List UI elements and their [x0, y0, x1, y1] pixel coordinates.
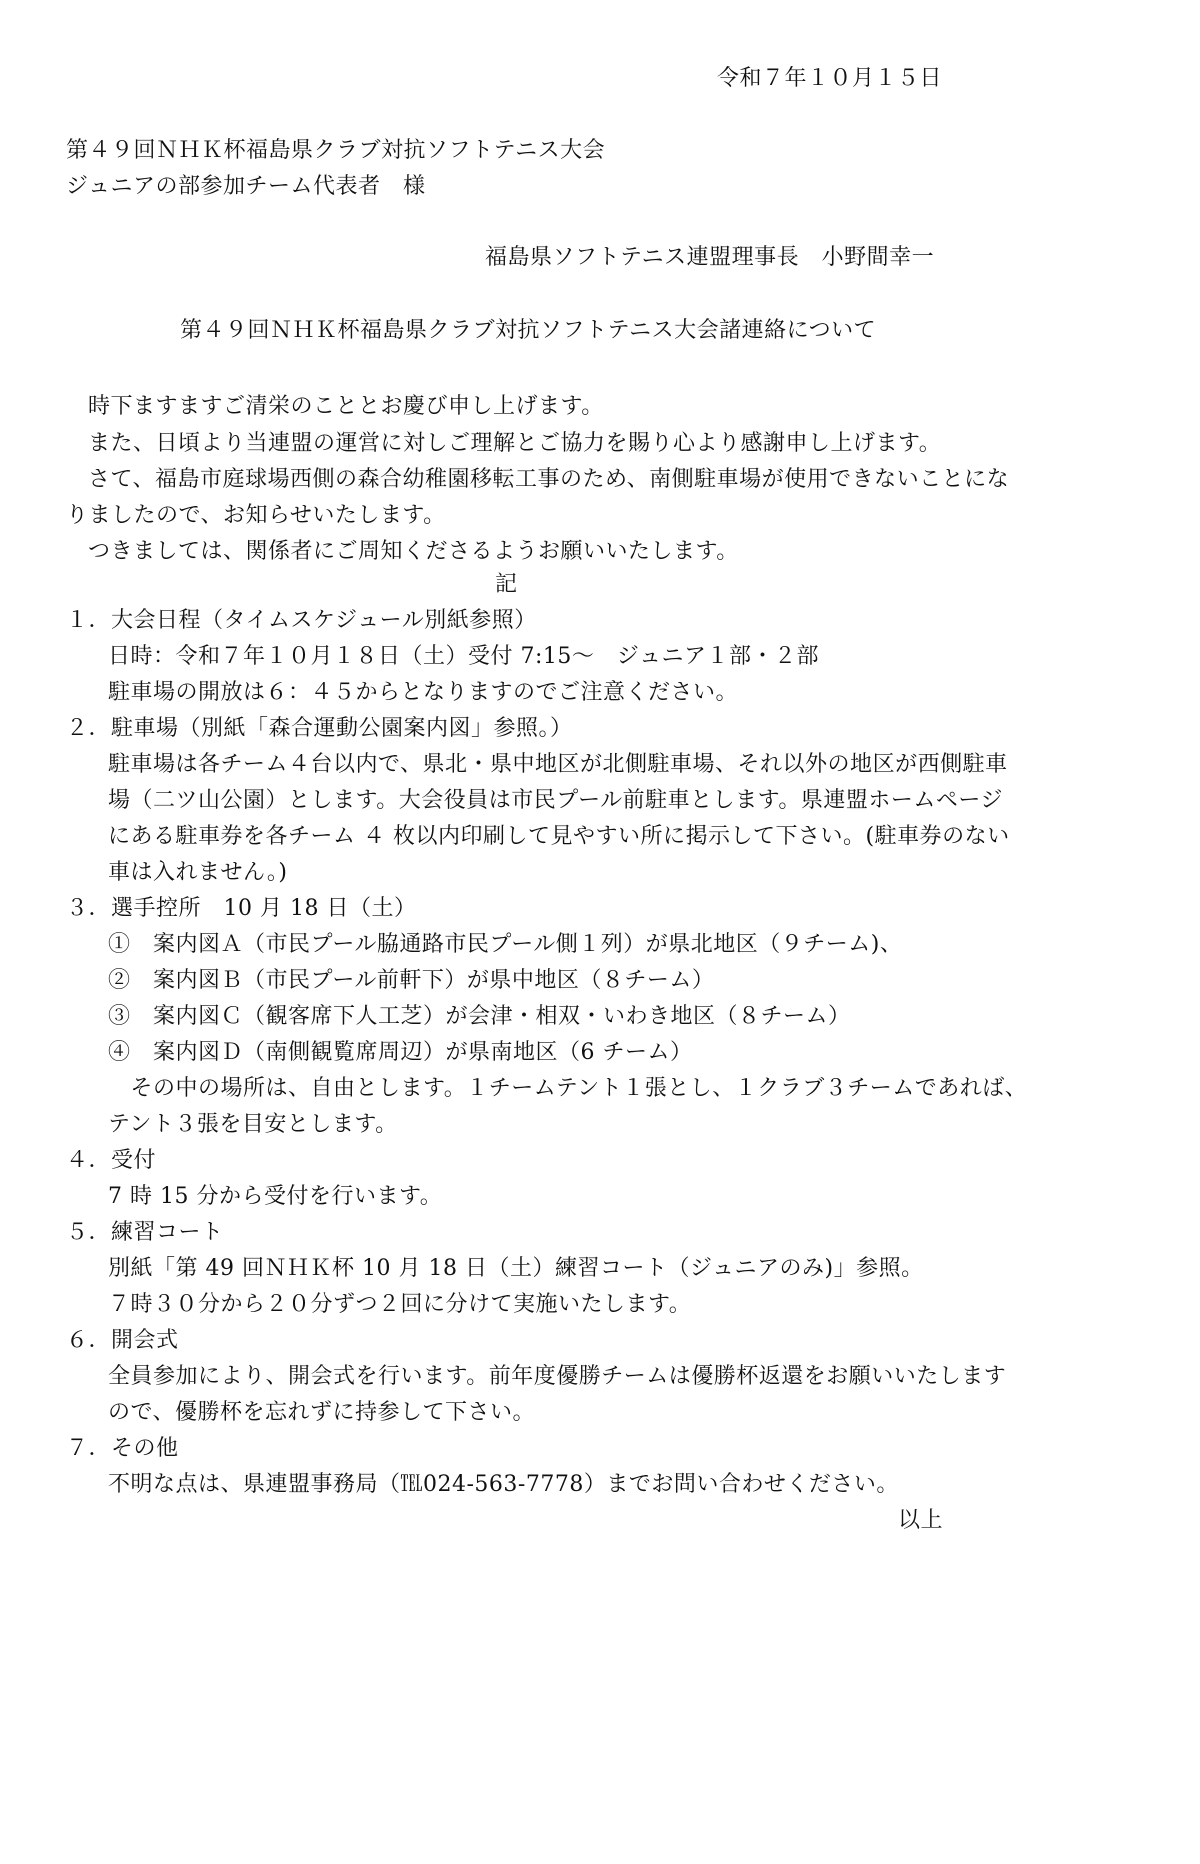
addressee-line-2: ジュニアの部参加チーム代表者 様	[66, 172, 426, 202]
section-line: 不明な点は、県連盟事務局（℡024-563-7778）までお問い合わせください。	[108, 1470, 899, 1500]
section-heading: １．大会日程（タイムスケジュール別紙参照）	[66, 606, 537, 636]
section-heading: ５．練習コート	[66, 1218, 224, 1248]
intro-line: りましたので、お知らせいたします。	[66, 501, 446, 531]
section-line: 駐車場の開放は６：４５からとなりますのでご注意ください。	[108, 678, 738, 708]
section-line: 車は入れません。)	[108, 858, 287, 888]
closing: 以上	[898, 1506, 943, 1536]
section-heading: ３．選手控所 10 月 18 日（土）	[66, 894, 416, 924]
section-line: ① 案内図Ａ（市民プール脇通路市民プール側１列）が県北地区（９チーム)、	[108, 930, 902, 960]
intro-line: さて、福島市庭球場西側の森合幼稚園移転工事のため、南側駐車場が使用できないことに…	[88, 465, 1009, 495]
section-heading: ４．受付	[66, 1146, 156, 1176]
document-title: 第４９回ＮＨＫ杯福島県クラブ対抗ソフトテニス大会諸連絡について	[180, 316, 876, 346]
intro-line: また、日頃より当連盟の運営に対しご理解とご協力を賜り心より感謝申し上げます。	[88, 429, 941, 459]
section-line: 7 時 15 分から受付を行います。	[108, 1182, 442, 1212]
section-line: 日時：令和７年１０月１８日（土）受付 7:15～ ジュニア１部・２部	[108, 642, 819, 672]
section-heading: ２．駐車場（別紙「森合運動公園案内図」参照。）	[66, 714, 573, 744]
intro-line: 時下ますますご清栄のこととお慶び申し上げます。	[88, 392, 604, 422]
document-date: 令和７年１０月１５日	[717, 64, 942, 94]
section-line: テント３張を目安とします。	[108, 1110, 398, 1140]
section-line: 場（二ツ山公園）とします。大会役員は市民プール前駐車とします。県連盟ホームページ	[108, 786, 1003, 816]
section-line: ので、優勝杯を忘れずに持参して下さい。	[108, 1398, 535, 1428]
intro-line: つきましては、関係者にご周知くださるようお願いいたします。	[88, 537, 739, 567]
sender: 福島県ソフトテニス連盟理事長 小野間幸一	[485, 243, 934, 273]
section-line: ７時３０分から２０分ずつ２回に分けて実施いたします。	[108, 1290, 691, 1320]
addressee-line-1: 第４９回ＮＨＫ杯福島県クラブ対抗ソフトテニス大会	[66, 136, 605, 166]
section-line: にある駐車券を各チーム ４ 枚以内印刷して見やすい所に掲示して下さい。(駐車券の…	[108, 822, 1010, 852]
ki-heading: 記	[495, 570, 518, 600]
section-line: その中の場所は、自由とします。１チームテント１張とし、１クラブ３チームであれば、	[108, 1074, 1027, 1104]
section-line: ② 案内図Ｂ（市民プール前軒下）が県中地区（８チーム）	[108, 966, 714, 996]
section-heading: ６．開会式	[66, 1326, 179, 1356]
section-line: 全員参加により、開会式を行います。前年度優勝チームは優勝杯返還をお願いいたします	[108, 1362, 1006, 1392]
section-heading: ７．その他	[66, 1434, 179, 1464]
section-line: 別紙「第 49 回ＮＨＫ杯 10 月 18 日（土）練習コート（ジュニアのみ)」…	[108, 1254, 924, 1284]
section-line: 駐車場は各チーム４台以内で、県北・県中地区が北側駐車場、それ以外の地区が西側駐車	[108, 750, 1008, 780]
section-line: ④ 案内図Ｄ（南側観覧席周辺）が県南地区（6 チーム）	[108, 1038, 693, 1068]
section-line: ③ 案内図Ｃ（観客席下人工芝）が会津・相双・いわき地区（８チーム）	[108, 1002, 851, 1032]
